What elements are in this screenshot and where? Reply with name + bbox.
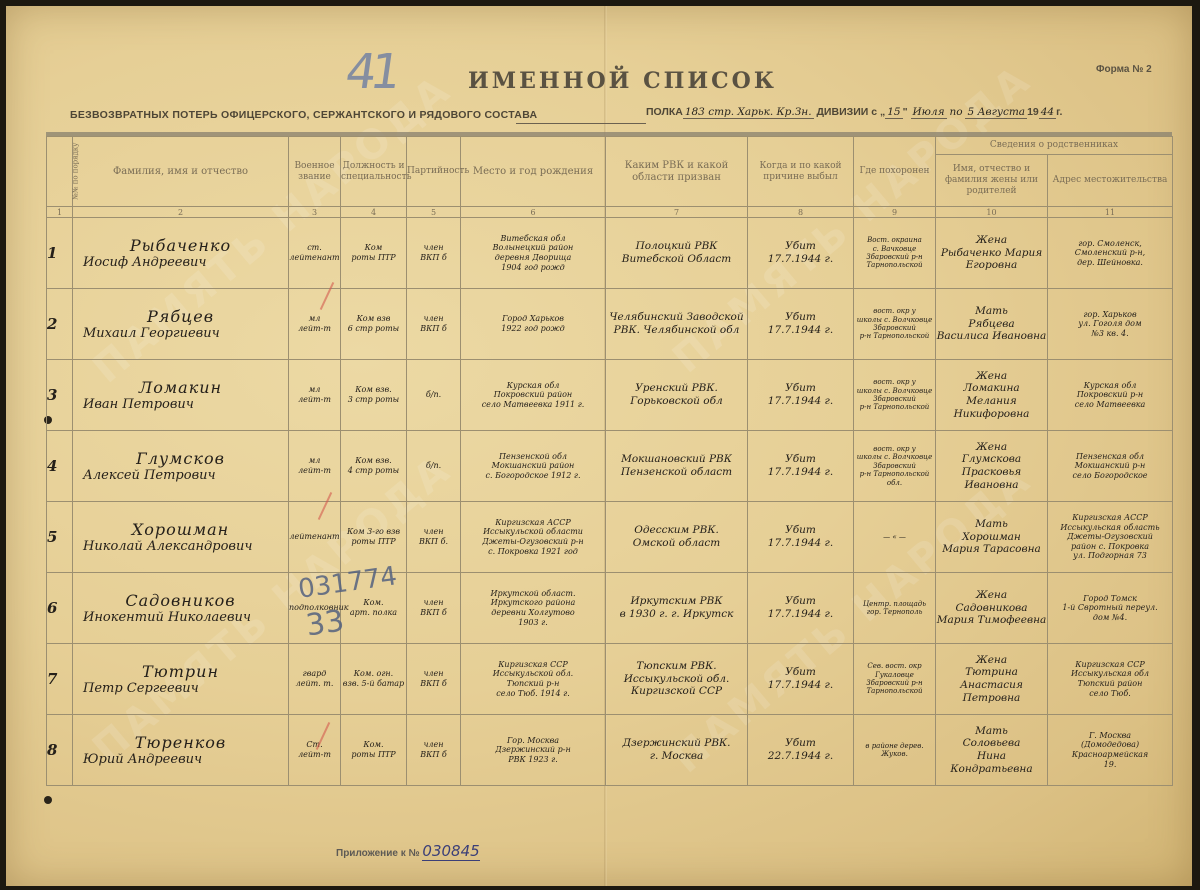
table-row: 4 Глумсков Алексей Петрович мллейт-т Ком… [47, 431, 1173, 502]
regiment-value: 183 стр. Харьк. Кр.Зн. [683, 106, 814, 119]
relative-line: Рыбаченко Мария [936, 247, 1047, 260]
table-row: 3 Ломакин Иван Петрович мллейт-т Ком взв… [47, 360, 1173, 431]
party-line: б/п. [407, 461, 460, 471]
party-line: ВКП б [407, 324, 460, 334]
burial-line: — « — [854, 533, 935, 541]
header-departure: Когда и по какой причине выбыл [748, 137, 854, 207]
full-name-cell: Садовников Инокентий Николаевич [73, 573, 289, 644]
party-line: б/п. [407, 390, 460, 400]
party-line: член [407, 740, 460, 750]
rvk-line: Пензенской област [606, 466, 747, 479]
row-number: 4 [47, 431, 73, 502]
birth-line: с. Богородское 1912 г. [461, 471, 605, 481]
table-row: 2 Рябцев Михаил Георгиевич мллейт-т Ком … [47, 289, 1173, 360]
document-subtitle: БЕЗВОЗВРАТНЫХ ПОТЕРЬ ОФИЦЕРСКОГО, СЕРЖАН… [70, 109, 537, 121]
party-line: член [407, 598, 460, 608]
rank-line: мл [289, 314, 340, 324]
address-line: село Богородское [1048, 471, 1172, 481]
position-line: Ком [341, 243, 406, 253]
birth-line: 1904 год рожд [461, 263, 605, 273]
rank-cell: мллейт-т [289, 360, 341, 431]
birth-line: Пензенской обл [461, 452, 605, 462]
header-relatives-group: Сведения о родственниках [936, 137, 1173, 155]
burial-line: Центр. площадь [854, 600, 935, 608]
birth-line: 1922 год рожд [461, 324, 605, 334]
burial-line: Вост. окраина [854, 236, 935, 244]
relative-line: Егоровна [936, 259, 1047, 272]
address-line: 19. [1048, 760, 1172, 770]
given-name-patronymic: Иосиф Андреевич [73, 255, 288, 271]
year-end: г. [1056, 106, 1062, 118]
rvk-line: в 1930 г. г. Иркутск [606, 608, 747, 621]
row-number: 6 [47, 573, 73, 644]
birth-line: Иркутского района [461, 598, 605, 608]
relative-line: Мать [936, 305, 1047, 318]
address-line: Г. Москва [1048, 731, 1172, 741]
birth-cell: Киргизская АССРИссыкульской областиДжеты… [461, 502, 606, 573]
rvk-line: Тюпским РВК. [606, 660, 747, 673]
address-line: Киргизская АССР [1048, 513, 1172, 523]
rank-line: лейт-т [289, 750, 340, 760]
division-label: ДИВИЗИИ с „ [816, 106, 885, 118]
birth-line: деревни Холгутово [461, 608, 605, 618]
burial-line: Жуков. [854, 750, 935, 758]
surname: Глумсков [73, 449, 288, 468]
full-name-cell: Хорошман Николай Александрович [73, 502, 289, 573]
position-line: Ком 3-го взв [341, 527, 406, 537]
address-line: (Домодедова) [1048, 740, 1172, 750]
regiment-line: ПОЛКА183 стр. Харьк. Кр.Зн. ДИВИЗИИ с „1… [646, 106, 1062, 118]
birth-line: Иркутской област. [461, 589, 605, 599]
birth-cell: Курская облПокровский районсело Матвеевк… [461, 360, 606, 431]
burial-line: вост. окр у [854, 378, 935, 386]
position-cell: Ком. огн.взв. 5-й батар [341, 644, 407, 715]
rank-line: лейтенант [289, 253, 340, 263]
rvk-line: Мокшановский РВК [606, 453, 747, 466]
rvk-line: Витебской Област [606, 253, 747, 266]
header-full-name: Фамилия, имя и отчество [73, 137, 289, 207]
rank-line: мл [289, 456, 340, 466]
address-line: Киргизская ССР [1048, 660, 1172, 670]
departure-line: Убит [748, 666, 853, 679]
full-name-cell: Рыбаченко Иосиф Андреевич [73, 218, 289, 289]
rvk-line: Полоцкий РВК [606, 240, 747, 253]
address-line: дер. Шейновка. [1048, 258, 1172, 268]
party-line: ВКП б [407, 608, 460, 618]
birth-line: село Матвеевка 1911 г. [461, 400, 605, 410]
departure-cell: Убит17.7.1944 г. [748, 644, 854, 715]
row-number: 5 [47, 502, 73, 573]
relative-line: Мария Тимофеевна [936, 614, 1047, 627]
departure-cell: Убит17.7.1944 г. [748, 431, 854, 502]
burial-line: гор. Тернополь [854, 608, 935, 616]
relative-line: Мелания Никифоровна [936, 395, 1047, 420]
birth-line: Тюпский р-н [461, 679, 605, 689]
position-cell: Ком взв.4 стр роты [341, 431, 407, 502]
birth-line: Киргизская АССР [461, 518, 605, 528]
full-name-cell: Рябцев Михаил Георгиевич [73, 289, 289, 360]
birth-line: деревня Дворища [461, 253, 605, 263]
birth-cell: Киргизская ССРИссыкульской обл.Тюпский р… [461, 644, 606, 715]
burial-cell: Вост. окраинас. ВачковцеЗбаровский р-нТа… [854, 218, 936, 289]
rvk-line: Горьковской обл [606, 395, 747, 408]
birth-line: с. Покровка 1921 год [461, 547, 605, 557]
relative-line: Ломакина [936, 382, 1047, 395]
burial-line: в районе дерев. [854, 742, 935, 750]
burial-cell: — « — [854, 502, 936, 573]
given-name-patronymic: Инокентий Николаевич [73, 610, 288, 626]
given-name-patronymic: Иван Петрович [73, 397, 288, 413]
birth-line: Иссыкульской обл. [461, 669, 605, 679]
rvk-cell: Челябинский ЗаводскойРВК. Челябинской об… [606, 289, 748, 360]
rank-line: лейтенант [289, 532, 340, 542]
birth-line: 1903 г. [461, 618, 605, 628]
burial-line: Збаровский р-н [854, 253, 935, 261]
party-line: ВКП б [407, 679, 460, 689]
address-line: Иссыкульская область [1048, 523, 1172, 533]
departure-cell: Убит17.7.1944 г. [748, 218, 854, 289]
burial-line: Збаровский [854, 395, 935, 403]
address-cell: Киргизская АССРИссыкульская областьДжеты… [1048, 502, 1173, 573]
rvk-line: Киргизской ССР [606, 685, 747, 698]
departure-cell: Убит17.7.1944 г. [748, 573, 854, 644]
rvk-line: Одесским РВК. [606, 524, 747, 537]
relative-line: Рябцева [936, 318, 1047, 331]
address-cell: гор. Смоленск,Смоленский р-н,дер. Шейнов… [1048, 218, 1173, 289]
position-line: Ком взв [341, 314, 406, 324]
rvk-line: Челябинский Заводской [606, 311, 747, 324]
header-relative-name: Имя, отчество и фамилия жены или родител… [936, 155, 1048, 207]
given-name-patronymic: Алексей Петрович [73, 468, 288, 484]
relative-line: Жена [936, 234, 1047, 247]
surname: Рыбаченко [73, 236, 288, 255]
relative-line: Тютрина [936, 666, 1047, 679]
table-row: 6 Садовников Инокентий Николаевич подпол… [47, 573, 1173, 644]
year-suffix: 44 [1039, 106, 1056, 119]
relative-line: Жена [936, 654, 1047, 667]
party-line: ВКП б. [407, 537, 460, 547]
address-line: гор. Харьков [1048, 310, 1172, 320]
address-line: ул. Гоголя дом [1048, 319, 1172, 329]
birth-line: РВК 1923 г. [461, 755, 605, 765]
party-cell: б/п. [407, 431, 461, 502]
surname: Ломакин [73, 378, 288, 397]
birth-line: Волынецкий район [461, 243, 605, 253]
rank-cell: лейтенант [289, 502, 341, 573]
departure-line: Убит [748, 240, 853, 253]
birth-line: Дзержинский р-н [461, 745, 605, 755]
relative-line: Хорошман [936, 531, 1047, 544]
rank-cell: ст.лейтенант [289, 218, 341, 289]
date-from-day: 15 [885, 106, 902, 119]
relative-line: Садовникова [936, 602, 1047, 615]
rank-line: лейт-т [289, 395, 340, 405]
header-position: Должность и специальность [341, 137, 407, 207]
position-line: 4 стр роты [341, 466, 406, 476]
table-row: 8 Тюренков Юрий Андреевич Ст.лейт-т Ком.… [47, 715, 1173, 786]
header-rank: Военное звание [289, 137, 341, 207]
burial-line: вост. окр у [854, 445, 935, 453]
birth-cell: Витебская облВолынецкий райондеревня Дво… [461, 218, 606, 289]
relative-line: Мария Тарасовна [936, 543, 1047, 556]
address-line: №3 кв. 4. [1048, 329, 1172, 339]
rank-cell: мллейт-т [289, 289, 341, 360]
address-cell: Город Томск1-й Свротный переул.дом №4. [1048, 573, 1173, 644]
address-line: село Тюб. [1048, 689, 1172, 699]
party-line: член [407, 314, 460, 324]
address-line: Курская обл [1048, 381, 1172, 391]
birth-line: Иссыкульской области [461, 527, 605, 537]
year-prefix: 19 [1027, 106, 1039, 118]
rank-line: мл [289, 385, 340, 395]
party-line: член [407, 243, 460, 253]
position-cell: Ком взв6 стр роты [341, 289, 407, 360]
rank-line: ст. [289, 243, 340, 253]
rank-line: лейт. т. [289, 679, 340, 689]
departure-line: 17.7.1944 г. [748, 324, 853, 337]
birth-line: Киргизская ССР [461, 660, 605, 670]
departure-cell: Убит17.7.1944 г. [748, 502, 854, 573]
date-to: 5 Августа [965, 106, 1027, 119]
address-line: Мокшанский р-н [1048, 461, 1172, 471]
birth-line: Витебская обл [461, 234, 605, 244]
departure-line: 17.7.1944 г. [748, 395, 853, 408]
subtitle-underline [516, 123, 646, 124]
header-burial: Где похоронен [854, 137, 936, 207]
date-from-month: Июля [911, 106, 947, 119]
position-cell: Ком 3-го взвроты ПТР [341, 502, 407, 573]
relative-cell: ЖенаТютринаАнастасия Петровна [936, 644, 1048, 715]
relative-cell: МатьХорошманМария Тарасовна [936, 502, 1048, 573]
address-cell: Пензенская облМокшанский р-нсело Богород… [1048, 431, 1173, 502]
burial-line: р-н Тарнопольской [854, 332, 935, 340]
rvk-line: РВК. Челябинской обл [606, 324, 747, 337]
departure-line: Убит [748, 595, 853, 608]
position-line: роты ПТР [341, 537, 406, 547]
surname: Тюренков [73, 733, 288, 752]
address-line: Тюпский район [1048, 679, 1172, 689]
birth-line: Покровский район [461, 390, 605, 400]
party-line: ВКП б [407, 750, 460, 760]
burial-line: Тарнопольской [854, 687, 935, 695]
address-line: дом №4. [1048, 613, 1172, 623]
relative-line: Соловьева [936, 737, 1047, 750]
address-line: село Матвеевка [1048, 400, 1172, 410]
address-line: гор. Смоленск, [1048, 239, 1172, 249]
departure-cell: Убит22.7.1944 г. [748, 715, 854, 786]
position-line: взв. 5-й батар [341, 679, 406, 689]
party-line: член [407, 669, 460, 679]
column-number-row: 1 2 3 4 5 6 7 8 9 10 11 [47, 207, 1173, 218]
header-address: Адрес местожительства [1048, 155, 1173, 207]
address-cell: Курская облПокровский р-нсело Матвеевка [1048, 360, 1173, 431]
burial-line: школы с. Волчковце [854, 316, 935, 324]
losses-table: №№ по порядку Фамилия, имя и отчество Во… [46, 136, 1173, 786]
burial-line: школы с. Волчковце [854, 453, 935, 461]
relative-line: Жена [936, 370, 1047, 383]
rvk-cell: Тюпским РВК.Иссыкульской обл.Киргизской … [606, 644, 748, 715]
position-cell: Ком взв.3 стр роты [341, 360, 407, 431]
relative-cell: ЖенаРыбаченко МарияЕгоровна [936, 218, 1048, 289]
party-cell: членВКП б. [407, 502, 461, 573]
rank-cell: гвардлейт. т. [289, 644, 341, 715]
departure-line: Убит [748, 737, 853, 750]
relative-line: Мать [936, 518, 1047, 531]
birth-line: Город Харьков [461, 314, 605, 324]
address-cell: Киргизская ССРИссыкульская облТюпский ра… [1048, 644, 1173, 715]
burial-line: Збаровский [854, 324, 935, 332]
departure-line: Убит [748, 311, 853, 324]
birth-line: Курская обл [461, 381, 605, 391]
party-cell: б/п. [407, 360, 461, 431]
relative-line: Нина Кондратьевна [936, 750, 1047, 775]
burial-line: Збаровский [854, 462, 935, 470]
departure-line: 17.7.1944 г. [748, 466, 853, 479]
relative-line: Жена [936, 589, 1047, 602]
party-cell: членВКП б [407, 715, 461, 786]
position-line: роты ПТР [341, 253, 406, 263]
rvk-cell: Одесским РВК.Омской област [606, 502, 748, 573]
full-name-cell: Тюренков Юрий Андреевич [73, 715, 289, 786]
position-line: Ком. [341, 740, 406, 750]
rvk-cell: Дзержинский РВК.г. Москва [606, 715, 748, 786]
departure-line: 17.7.1944 г. [748, 679, 853, 692]
position-line: Ком. огн. [341, 669, 406, 679]
footer-label: Приложение к № [336, 848, 420, 859]
party-cell: членВКП б [407, 289, 461, 360]
position-line: 6 стр роты [341, 324, 406, 334]
rvk-line: Уренский РВК. [606, 382, 747, 395]
departure-line: 17.7.1944 г. [748, 537, 853, 550]
full-name-cell: Ломакин Иван Петрович [73, 360, 289, 431]
rank-line: лейт-т [289, 324, 340, 334]
position-line: Ком. [341, 598, 406, 608]
rvk-cell: Иркутским РВКв 1930 г. г. Иркутск [606, 573, 748, 644]
burial-cell: вост. окр ушколы с. ВолчковцеЗбаровскийр… [854, 431, 936, 502]
birth-cell: Город Харьков1922 год рожд [461, 289, 606, 360]
rank-line: Ст. [289, 740, 340, 750]
burial-cell: вост. окр ушколы с. ВолчковцеЗбаровскийр… [854, 360, 936, 431]
address-cell: Г. Москва(Домодедова)Красноармейская19. [1048, 715, 1173, 786]
row-number: 1 [47, 218, 73, 289]
birth-cell: Иркутской област.Иркутского районадеревн… [461, 573, 606, 644]
departure-line: Убит [748, 453, 853, 466]
document-sheet: ПАМЯТЬ НАРОДА ПАМЯТЬ НАРОДА ПАМЯТЬ НАРОД… [6, 6, 1192, 886]
relative-line: Василиса Ивановна [936, 330, 1047, 343]
address-line: Джеты-Огузовский [1048, 532, 1172, 542]
burial-line: Збаровский р-н [854, 679, 935, 687]
rvk-line: Иркутским РВК [606, 595, 747, 608]
surname: Хорошман [73, 520, 288, 539]
header-row-number: №№ по порядку [47, 137, 73, 207]
burial-line: р-н Тарнопольской обл. [854, 470, 935, 487]
form-number: Форма № 2 [1096, 64, 1152, 75]
header-birth: Место и год рождения [461, 137, 606, 207]
rank-cell: Ст.лейт-т [289, 715, 341, 786]
full-name-cell: Тютрин Петр Сергеевич [73, 644, 289, 715]
rank-line: лейт-т [289, 466, 340, 476]
party-cell: членВКП б [407, 644, 461, 715]
document-title: ИМЕННОЙ СПИСОК [468, 68, 777, 94]
party-line: ВКП б [407, 253, 460, 263]
burial-cell: Центр. площадьгор. Тернополь [854, 573, 936, 644]
full-name-cell: Глумсков Алексей Петрович [73, 431, 289, 502]
burial-cell: в районе дерев.Жуков. [854, 715, 936, 786]
burial-cell: Сев. вост. окрГукаловцеЗбаровский р-нТар… [854, 644, 936, 715]
relative-cell: ЖенаГлумсковаПрасковья Ивановна [936, 431, 1048, 502]
table-row: 1 Рыбаченко Иосиф Андреевич ст.лейтенант… [47, 218, 1173, 289]
relative-line: Прасковья Ивановна [936, 466, 1047, 491]
table-row: 5 Хорошман Николай Александрович лейтена… [47, 502, 1173, 573]
departure-cell: Убит17.7.1944 г. [748, 289, 854, 360]
departure-line: 22.7.1944 г. [748, 750, 853, 763]
rank-cell: мллейт-т [289, 431, 341, 502]
punch-hole [44, 796, 52, 804]
position-line: арт. полка [341, 608, 406, 618]
given-name-patronymic: Михаил Георгиевич [73, 326, 288, 342]
departure-cell: Убит17.7.1944 г. [748, 360, 854, 431]
sheet-number-handwritten: 41 [342, 44, 399, 100]
header-rvk: Каким РВК и какой области призван [606, 137, 748, 207]
address-line: район с. Покровка [1048, 542, 1172, 552]
rvk-cell: Мокшановский РВКПензенской област [606, 431, 748, 502]
relative-cell: МатьСоловьеваНина Кондратьевна [936, 715, 1048, 786]
party-cell: членВКП б [407, 573, 461, 644]
address-line: Покровский р-н [1048, 390, 1172, 400]
archive-stamp-sub: 33 [304, 604, 347, 644]
burial-line: Сев. вост. окр [854, 662, 935, 670]
burial-line: р-н Тарнопольской [854, 403, 935, 411]
address-line: Пензенская обл [1048, 452, 1172, 462]
burial-cell: вост. окр ушколы с. ВолчковцеЗбаровскийр… [854, 289, 936, 360]
table-row: 7 Тютрин Петр Сергеевич гвардлейт. т. Ко… [47, 644, 1173, 715]
departure-line: 17.7.1944 г. [748, 253, 853, 266]
position-line: роты ПТР [341, 750, 406, 760]
relative-line: Анастасия Петровна [936, 679, 1047, 704]
party-cell: членВКП б [407, 218, 461, 289]
birth-line: село Тюб. 1914 г. [461, 689, 605, 699]
row-number: 3 [47, 360, 73, 431]
birth-line: Джеты-Огузовский р-н [461, 537, 605, 547]
rank-line: гвард [289, 669, 340, 679]
address-line: Город Томск [1048, 594, 1172, 604]
rvk-line: Дзержинский РВК. [606, 737, 747, 750]
date-to-label: по [949, 106, 962, 118]
footer-attachment: Приложение к № 030845 [336, 842, 480, 860]
birth-line: Гор. Москва [461, 736, 605, 746]
footer-number: 030845 [422, 842, 479, 861]
relative-cell: МатьРябцеваВасилиса Ивановна [936, 289, 1048, 360]
surname: Тютрин [73, 662, 288, 681]
address-line: Иссыкульская обл [1048, 669, 1172, 679]
burial-line: Тарнопольской [854, 261, 935, 269]
departure-line: 17.7.1944 г. [748, 608, 853, 621]
address-line: Красноармейская [1048, 750, 1172, 760]
rvk-line: Омской област [606, 537, 747, 550]
position-line: 3 стр роты [341, 395, 406, 405]
burial-line: вост. окр у [854, 307, 935, 315]
surname: Садовников [73, 591, 288, 610]
rvk-cell: Уренский РВК.Горьковской обл [606, 360, 748, 431]
rvk-cell: Полоцкий РВКВитебской Област [606, 218, 748, 289]
rvk-line: Иссыкульской обл. [606, 673, 747, 686]
position-line: Ком взв. [341, 385, 406, 395]
burial-line: Гукаловце [854, 671, 935, 679]
burial-line: с. Вачковце [854, 245, 935, 253]
row-number: 7 [47, 644, 73, 715]
birth-cell: Пензенской облМокшанский районс. Богород… [461, 431, 606, 502]
address-line: ул. Подгорная 73 [1048, 551, 1172, 561]
